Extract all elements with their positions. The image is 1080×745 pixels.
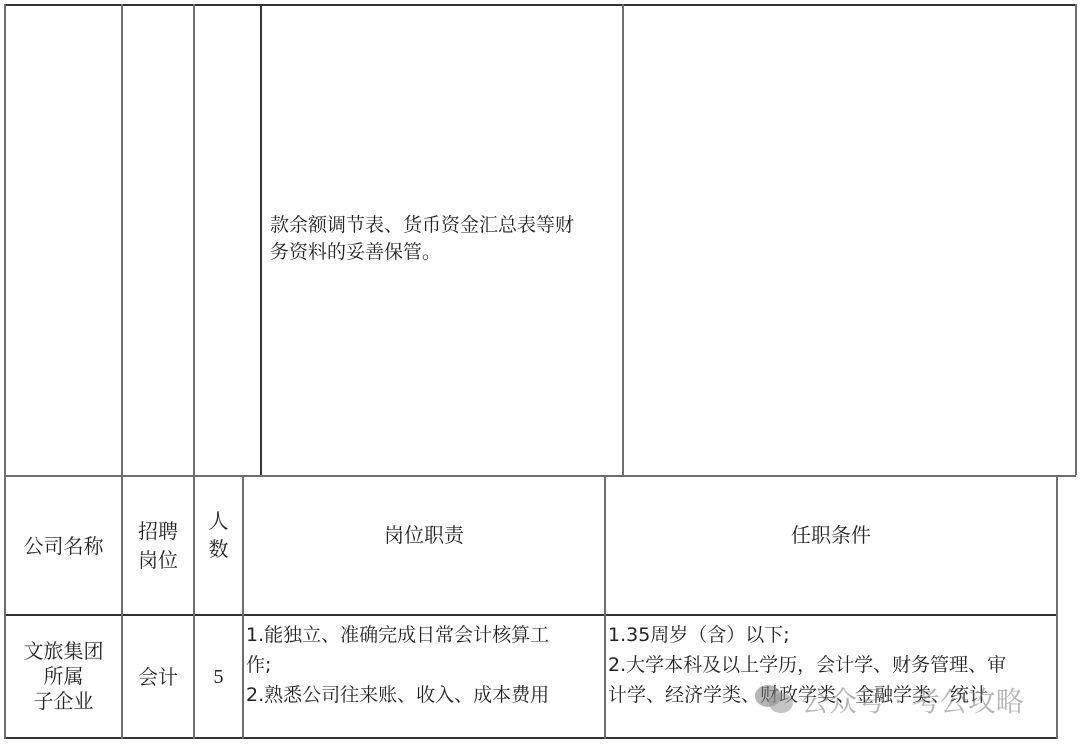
header-count: 人 数 bbox=[195, 477, 242, 592]
header-duties-label: 岗位职责 bbox=[384, 522, 464, 548]
header-count-line-2: 数 bbox=[209, 535, 229, 563]
requirements-line-3: 计学、经济学类、财政学类、金融学类、统计 bbox=[608, 680, 1006, 710]
header-position-line-2: 岗位 bbox=[138, 546, 178, 575]
company-line-1: 文旅集团 bbox=[24, 639, 104, 664]
col-divider-1 bbox=[4, 4, 6, 475]
company-line-3: 子企业 bbox=[34, 689, 94, 714]
col-line-6 bbox=[1056, 475, 1058, 739]
duties-line-2: 作; bbox=[246, 650, 549, 680]
col-divider-5 bbox=[622, 4, 624, 475]
header-company: 公司名称 bbox=[6, 477, 121, 614]
count-value: 5 bbox=[214, 664, 224, 690]
row-requirements: 1.35周岁（含）以下; 2.大学本科及以上学历，会计学、财务管理、审 计学、经… bbox=[606, 620, 1056, 735]
table-bottom-border bbox=[4, 737, 1058, 739]
row-company: 文旅集团 所属 子企业 bbox=[6, 616, 121, 737]
duty-line-1: 款余额调节表、货币资金汇总表等财 bbox=[270, 212, 574, 239]
row-position: 会计 bbox=[123, 616, 193, 737]
row-duties: 1.能独立、准确完成日常会计核算工 作; 2.熟悉公司往来账、收入、成本费用 bbox=[244, 620, 604, 735]
header-position-line-1: 招聘 bbox=[138, 517, 178, 546]
col-divider-3 bbox=[193, 4, 195, 475]
position-value: 会计 bbox=[138, 664, 178, 690]
duties-line-1: 1.能独立、准确完成日常会计核算工 bbox=[246, 620, 549, 650]
right-border-top bbox=[1075, 4, 1077, 475]
header-count-line-1: 人 bbox=[209, 507, 229, 535]
header-company-label: 公司名称 bbox=[24, 533, 104, 559]
row-count: 5 bbox=[195, 616, 242, 737]
requirements-line-1: 1.35周岁（含）以下; bbox=[608, 620, 1006, 650]
duty-continuation-cell: 款余额调节表、货币资金汇总表等财 务资料的妥善保管。 bbox=[262, 212, 620, 266]
header-requirements: 任职条件 bbox=[606, 477, 1056, 592]
requirements-line-2: 2.大学本科及以上学历，会计学、财务管理、审 bbox=[608, 650, 1006, 680]
col-divider-2 bbox=[121, 4, 123, 475]
header-duties: 岗位职责 bbox=[244, 477, 604, 592]
company-line-2: 所属 bbox=[44, 664, 84, 689]
top-border bbox=[4, 4, 1076, 6]
duties-line-3: 2.熟悉公司往来账、收入、成本费用 bbox=[246, 680, 549, 710]
header-requirements-label: 任职条件 bbox=[791, 522, 871, 548]
duty-line-2: 务资料的妥善保管。 bbox=[270, 239, 574, 266]
header-position: 招聘 岗位 bbox=[123, 477, 193, 614]
